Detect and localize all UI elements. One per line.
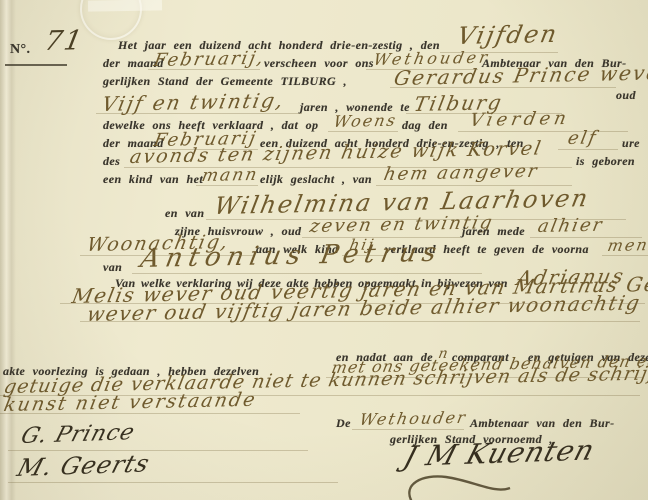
- fill-line: [8, 482, 338, 483]
- birth-certificate-scan: N°. 71 Het jaar een duizend acht honderd…: [0, 0, 648, 500]
- entry-birth-daynumber: Vierden: [468, 108, 572, 131]
- fill-line: [8, 450, 308, 451]
- printed-line10b: jaren mede: [462, 224, 525, 239]
- witness-signature-2: M. Geerts: [14, 449, 153, 482]
- act-number-underline: [5, 64, 67, 66]
- printed-line5b: dag den: [402, 118, 448, 133]
- entry-declaration-day: Vijfden: [455, 20, 561, 50]
- fill-line: [366, 69, 478, 70]
- entry-mother-residence: alhier: [536, 215, 605, 237]
- fill-line: [530, 237, 642, 238]
- fill-line: [390, 87, 616, 88]
- partial-signature-flourish: [396, 474, 516, 500]
- printed-line3: gerlijken Stand der Gemeente TILBURG ,: [103, 74, 347, 89]
- printed-closing-de: De: [336, 416, 351, 431]
- entry-signing-clause-line3: kunst niet verstaande: [2, 389, 259, 416]
- witness-signature-1: G. Prince: [18, 420, 138, 449]
- fill-line: [132, 273, 482, 274]
- act-number-label: N°.: [10, 42, 30, 58]
- official-signature: J M Kuenten: [400, 433, 599, 473]
- printed-line9: en van: [165, 206, 204, 221]
- paper-patch: [88, 0, 162, 12]
- fill-line: [148, 149, 258, 150]
- act-number-value: 71: [42, 25, 86, 57]
- printed-line7b: is geboren: [576, 154, 635, 169]
- printed-line8b: elijk geslacht , van: [260, 172, 372, 187]
- fill-line: [342, 255, 384, 256]
- fill-line: [558, 149, 618, 150]
- fill-line: [80, 255, 254, 256]
- paper-left-edge: [0, 0, 16, 500]
- entry-closing-official-title: Wethouder: [358, 408, 469, 429]
- fill-line: [602, 255, 648, 256]
- printed-ure: ure: [622, 136, 640, 151]
- printed-line2b: verscheen voor ons: [264, 56, 374, 71]
- fill-line: [328, 131, 398, 132]
- fill-line: [206, 219, 626, 220]
- fill-line: [80, 321, 640, 322]
- fill-line: [302, 237, 460, 238]
- fill-line: [0, 413, 300, 414]
- fill-line: [148, 69, 260, 70]
- entry-declaration-month: Februarij,: [152, 48, 267, 71]
- fill-line: [406, 113, 562, 114]
- entry-gender: mann: [200, 165, 260, 186]
- entry-voornamen-suffix: men: [606, 235, 648, 255]
- printed-line8a: een kind van het: [103, 172, 203, 187]
- entry-birth-dayname: Woens: [332, 111, 399, 131]
- fill-line: [458, 131, 628, 132]
- printed-line7a: des: [103, 154, 120, 169]
- fill-line: [0, 395, 640, 396]
- fill-line: [440, 52, 558, 53]
- printed-oud: oud: [616, 88, 636, 103]
- fill-line: [96, 113, 302, 114]
- fill-line: [124, 167, 572, 168]
- printed-line12: van: [103, 260, 122, 275]
- entry-declarant-relation: hem aangever: [382, 161, 540, 185]
- fill-line: [352, 429, 464, 430]
- fill-line: [376, 185, 572, 186]
- fill-line: [60, 303, 645, 304]
- entry-declarant-age: Vijf en twintig,: [100, 88, 287, 116]
- fill-line: [196, 185, 258, 186]
- printed-closing-line1: Ambtenaar van den Bur-: [470, 416, 615, 431]
- entry-declarant-name: Gerardus Prince wever: [392, 60, 648, 90]
- fill-line: [326, 377, 644, 378]
